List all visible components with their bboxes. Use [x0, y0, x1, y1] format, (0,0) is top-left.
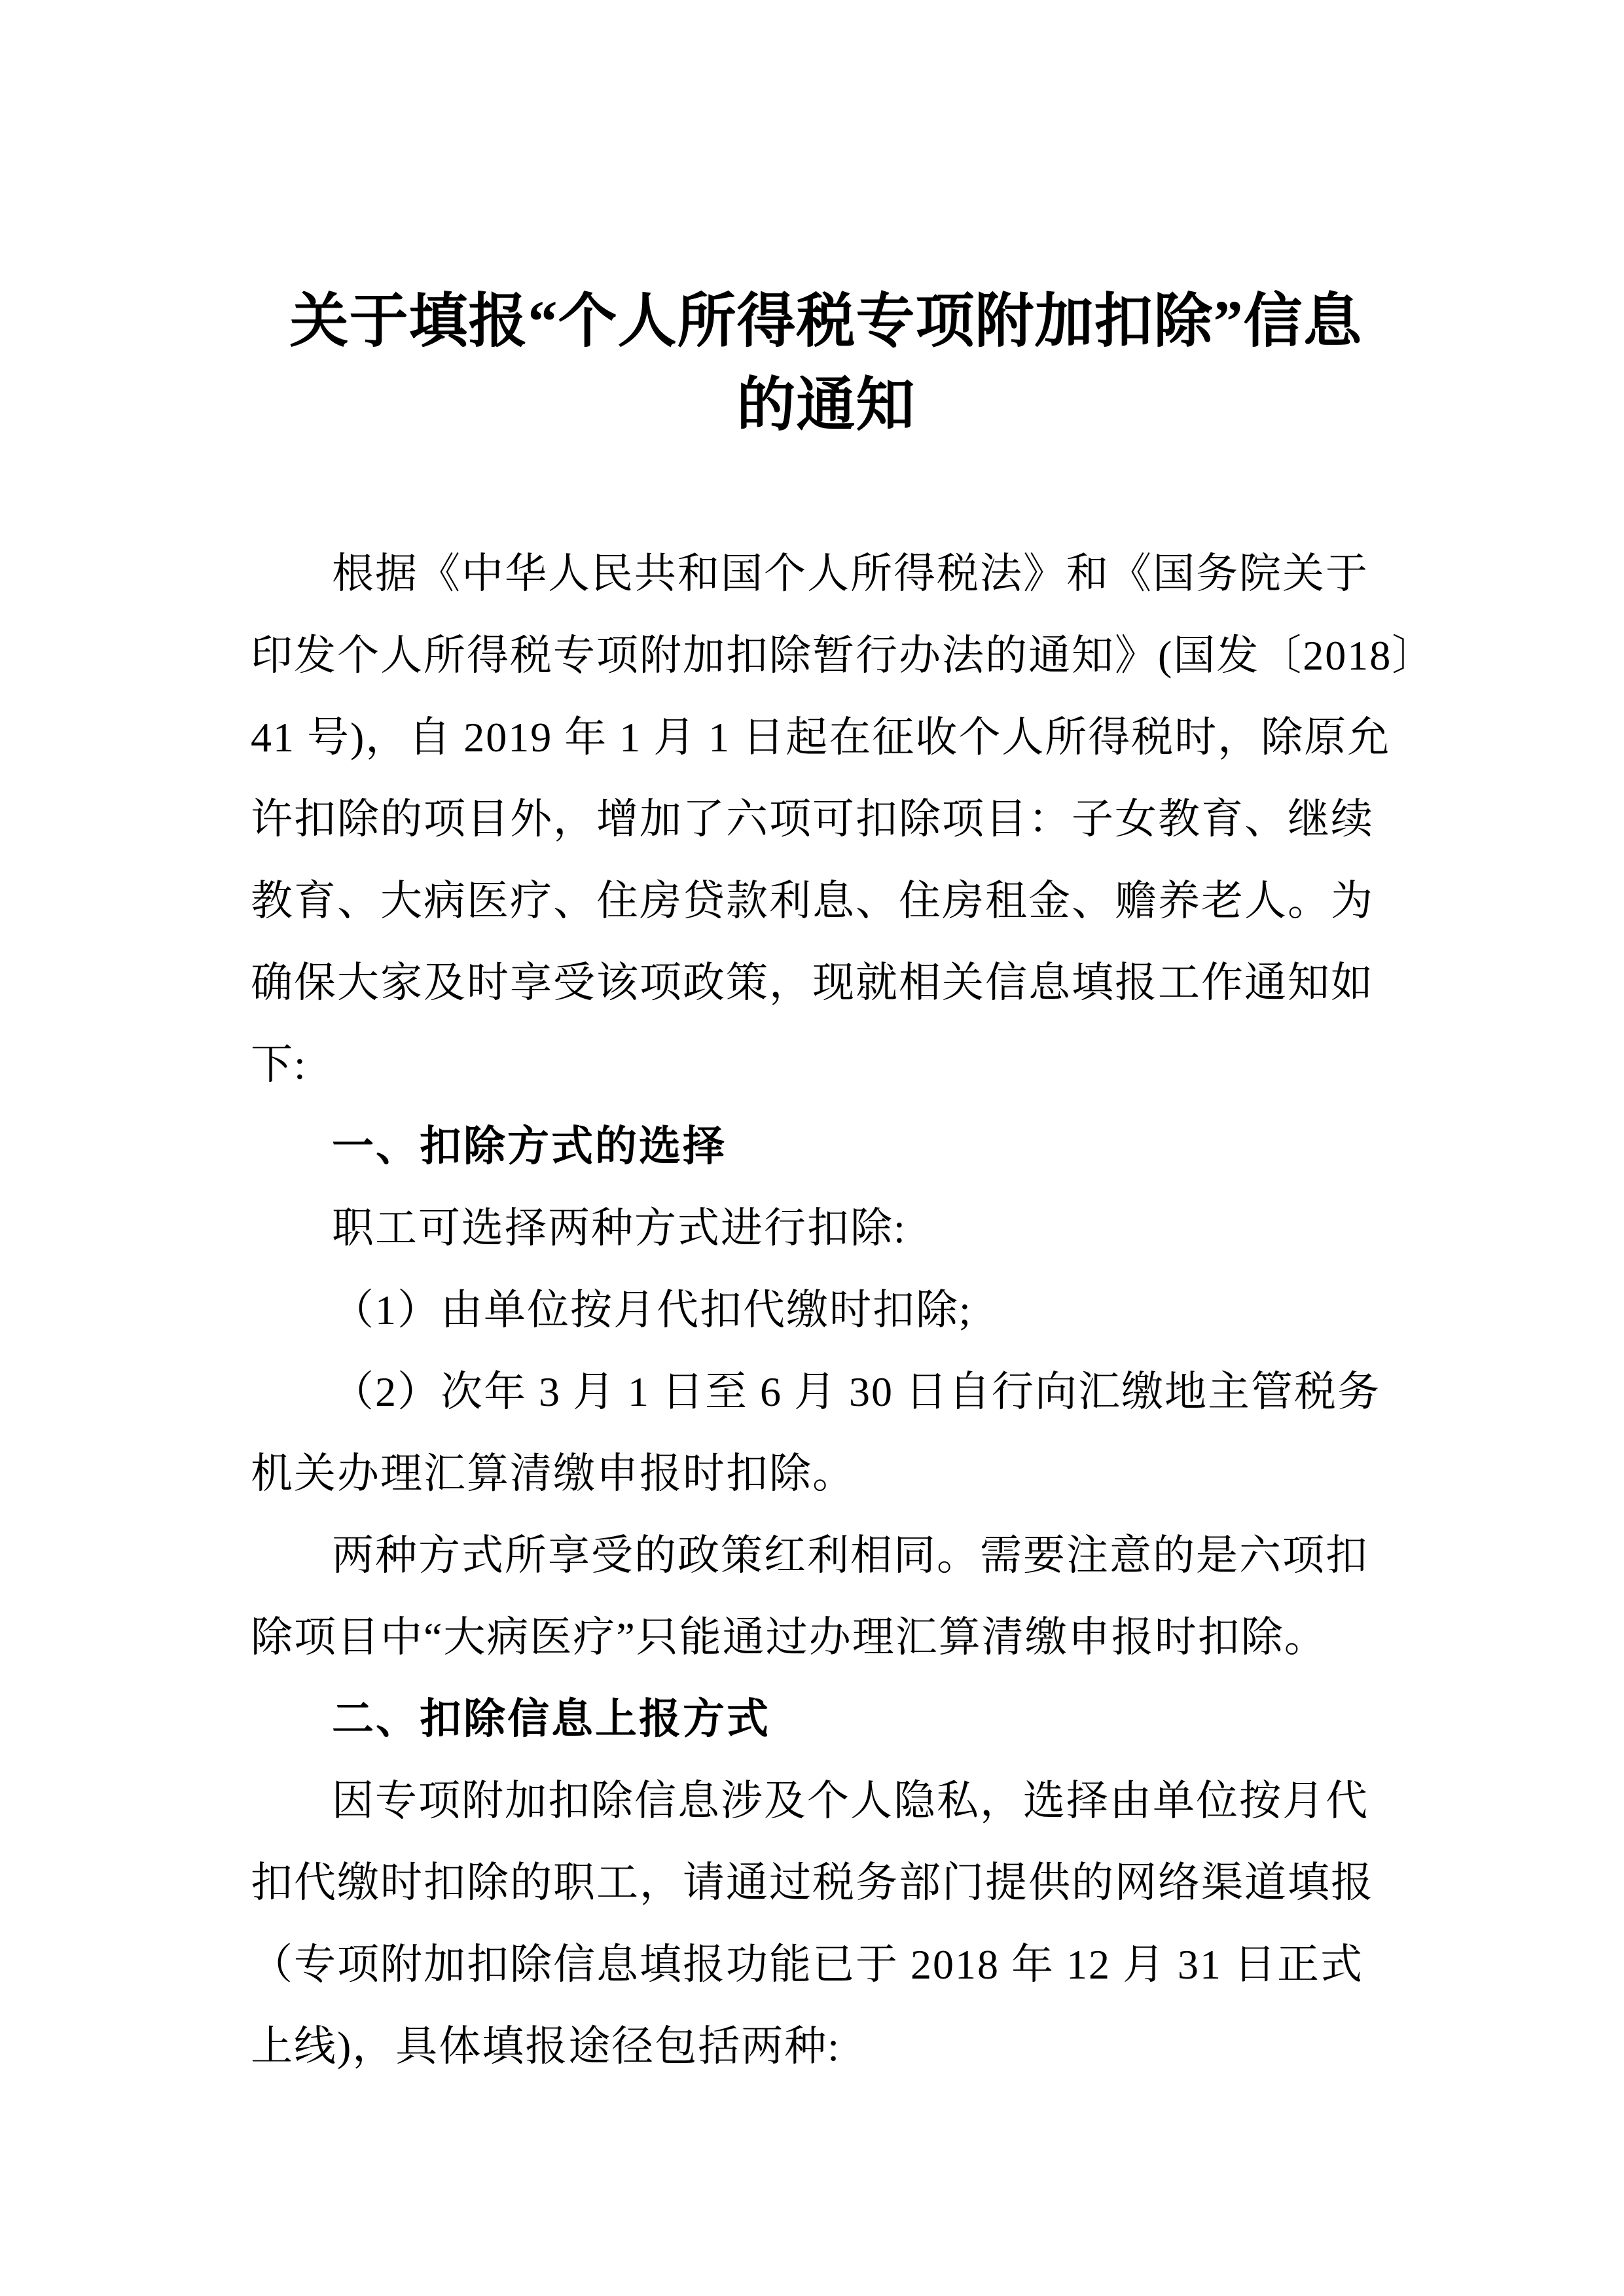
document-page: 关于填报“个人所得税专项附加扣除”信息 的通知 根据《中华人民共和国个人所得税法… — [0, 0, 1624, 2296]
paragraph-line: 下: — [251, 1024, 1401, 1105]
paragraph-line: 职工可选择两种方式进行扣除: — [251, 1187, 1401, 1269]
paragraph-line: 机关办理汇算清缴申报时扣除。 — [251, 1433, 1401, 1515]
section-heading: 二、扣除信息上报方式 — [251, 1678, 1401, 1760]
paragraph-line: 根据《中华人民共和国个人所得税法》和《国务院关于 — [251, 533, 1401, 615]
paragraph-line: 印发个人所得税专项附加扣除暂行办法的通知》(国发〔2018〕 — [251, 615, 1401, 696]
document-title-line-1: 关于填报“个人所得税专项附加扣除”信息 — [251, 280, 1401, 364]
paragraph-line: 许扣除的项目外，增加了六项可扣除项目：子女教育、继续 — [251, 778, 1401, 860]
body-lines: 根据《中华人民共和国个人所得税法》和《国务院关于印发个人所得税专项附加扣除暂行办… — [251, 533, 1401, 2087]
paragraph-line: 教育、大病医疗、住房贷款利息、住房租金、赡养老人。为 — [251, 860, 1401, 942]
document-title-line-2: 的通知 — [251, 364, 1401, 448]
paragraph-line: 除项目中“大病医疗”只能通过办理汇算清缴申报时扣除。 — [251, 1596, 1401, 1678]
paragraph-line: （1）由单位按月代扣代缴时扣除; — [251, 1269, 1401, 1351]
paragraph-line: 因专项附加扣除信息涉及个人隐私，选择由单位按月代 — [251, 1760, 1401, 1842]
paragraph-line: 扣代缴时扣除的职工，请通过税务部门提供的网络渠道填报 — [251, 1842, 1401, 1924]
paragraph-line: （2）次年 3 月 1 日至 6 月 30 日自行向汇缴地主管税务 — [251, 1351, 1401, 1433]
paragraph-line: 上线)，具体填报途径包括两种: — [251, 2005, 1401, 2087]
document-title: 关于填报“个人所得税专项附加扣除”信息 的通知 — [251, 280, 1401, 448]
paragraph-line: 两种方式所享受的政策红利相同。需要注意的是六项扣 — [251, 1515, 1401, 1596]
paragraph-line: 41 号)，自 2019 年 1 月 1 日起在征收个人所得税时，除原允 — [251, 696, 1401, 778]
paragraph-line: 确保大家及时享受该项政策，现就相关信息填报工作通知如 — [251, 942, 1401, 1024]
paragraph-line: （专项附加扣除信息填报功能已于 2018 年 12 月 31 日正式 — [251, 1924, 1401, 2005]
section-heading: 一、扣除方式的选择 — [251, 1105, 1401, 1187]
